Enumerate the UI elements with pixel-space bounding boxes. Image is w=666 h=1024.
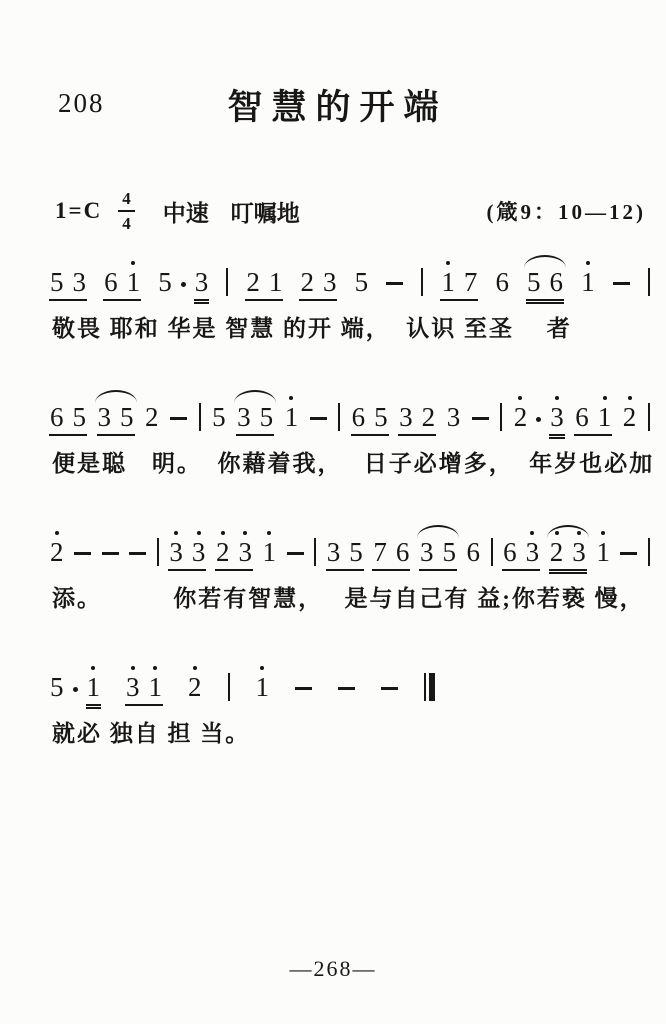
note: 3 — [73, 269, 87, 296]
final-barline-thin — [424, 673, 426, 701]
note-group: 21 — [246, 269, 282, 296]
note: 2 — [623, 404, 637, 431]
note: 6 — [352, 404, 366, 431]
slurred-note-group: 35 — [237, 404, 273, 431]
lyric-line: 就必 独自 担 当。 — [52, 715, 650, 748]
barline — [226, 268, 228, 296]
note-group: 1 — [596, 539, 610, 566]
note-group: 17 — [441, 269, 477, 296]
duration-dash — [295, 687, 312, 690]
duration-dash — [613, 282, 630, 285]
note: 5 — [355, 269, 369, 296]
note: 1 — [269, 269, 283, 296]
note: 3 — [447, 404, 461, 431]
lyric-line: 敬畏 耶和 华是 智慧 的开 端， 认识 至圣 者 — [52, 310, 650, 343]
music-line: 513121 — [50, 653, 650, 701]
note: 6 — [104, 269, 118, 296]
note: 3 — [98, 404, 112, 431]
note: 1 — [256, 674, 270, 701]
note: 5 — [260, 404, 274, 431]
note-group: 1 — [256, 674, 270, 701]
note-group: 65 — [50, 404, 86, 431]
note-group: 3 — [447, 404, 461, 431]
note: 3 — [195, 269, 209, 296]
time-signature: 4 4 — [118, 190, 135, 232]
hymn-sheet-page: 208 智慧的开端 1=C 4 4 中速 叮嘱地 (箴9：10—12) 5361… — [0, 0, 666, 1024]
note: 5 — [50, 269, 64, 296]
scripture-reference: (箴9：10—12) — [487, 196, 647, 226]
hymn-number: 208 — [58, 88, 105, 119]
notation-body: 53615321235176561敬畏 耶和 华是 智慧 的开 端， 认识 至圣… — [50, 248, 650, 788]
note: 3 — [237, 404, 251, 431]
note-group: 31 — [126, 674, 162, 701]
note-group: 63 — [503, 539, 539, 566]
note: 3 — [238, 539, 252, 566]
note: 5 — [442, 539, 456, 566]
note-group: 2 — [145, 404, 159, 431]
page-number-footer: —268— — [0, 956, 666, 982]
note: 1 — [87, 674, 101, 701]
note-group: 65 — [352, 404, 388, 431]
duration-dash — [74, 552, 91, 555]
note: 5 — [120, 404, 134, 431]
time-signature-numerator: 4 — [118, 190, 135, 212]
note-group: 2 — [50, 539, 64, 566]
note: 2 — [216, 539, 230, 566]
note: 3 — [169, 539, 183, 566]
note: 3 — [420, 539, 434, 566]
note-group: 23 — [216, 539, 252, 566]
note: 6 — [575, 404, 589, 431]
note-group: 1 — [285, 404, 299, 431]
note-group: 53 — [158, 269, 208, 296]
note: 2 — [246, 269, 260, 296]
note: 5 — [212, 404, 226, 431]
duration-dash — [472, 417, 489, 420]
duration-dash — [620, 552, 637, 555]
duration-dash — [310, 417, 327, 420]
note: 2 — [422, 404, 436, 431]
note-group: 51 — [50, 674, 100, 701]
augmentation-dot — [536, 417, 541, 422]
note: 3 — [323, 269, 337, 296]
note-group: 35 — [327, 539, 363, 566]
note: 2 — [550, 539, 564, 566]
note-group: 6 — [467, 539, 481, 566]
music-line: 233231357635663231 — [50, 518, 650, 566]
barline — [228, 673, 230, 701]
note: 1 — [149, 674, 163, 701]
note: 3 — [192, 539, 206, 566]
barline — [338, 403, 340, 431]
barline — [500, 403, 502, 431]
note-group: 33 — [169, 539, 205, 566]
note: 5 — [73, 404, 87, 431]
note: 1 — [598, 404, 612, 431]
note-group: 1 — [581, 269, 595, 296]
barline — [421, 268, 423, 296]
note: 3 — [399, 404, 413, 431]
duration-dash — [287, 552, 304, 555]
note-group: 53 — [50, 269, 86, 296]
slurred-note-group: 56 — [527, 269, 563, 296]
note: 7 — [373, 539, 387, 566]
note: 5 — [527, 269, 541, 296]
note: 2 — [514, 404, 528, 431]
tempo-marking: 中速 — [163, 195, 209, 228]
note: 7 — [464, 269, 478, 296]
note: 2 — [145, 404, 159, 431]
note: 2 — [50, 539, 64, 566]
note: 3 — [572, 539, 586, 566]
duration-dash — [170, 417, 187, 420]
final-barline-thick — [429, 673, 435, 701]
note: 3 — [526, 539, 540, 566]
note: 2 — [188, 674, 202, 701]
note: 5 — [50, 674, 64, 701]
augmentation-dot — [181, 282, 186, 287]
note: 6 — [550, 269, 564, 296]
barline — [199, 403, 201, 431]
note: 1 — [263, 539, 277, 566]
duration-dash — [129, 552, 146, 555]
note-group: 32 — [399, 404, 435, 431]
note-group: 76 — [373, 539, 409, 566]
time-signature-denominator: 4 — [122, 212, 131, 232]
lyric-line: 便是聪 明。 你藉着我， 日子必增多， 年岁也必加 — [52, 445, 650, 478]
note-group: 61 — [575, 404, 611, 431]
duration-dash — [338, 687, 355, 690]
note-group: 61 — [104, 269, 140, 296]
note-group: 23 — [514, 404, 564, 431]
final-barline — [424, 673, 435, 701]
duration-dash — [386, 282, 403, 285]
key-signature: 1=C — [55, 198, 102, 224]
slurred-note-group: 35 — [98, 404, 134, 431]
note-group: 2 — [188, 674, 202, 701]
barline — [648, 268, 650, 296]
music-line: 6535253516532323612 — [50, 383, 650, 431]
augmentation-dot — [73, 687, 78, 692]
music-meta-row: 1=C 4 4 中速 叮嘱地 (箴9：10—12) — [55, 190, 646, 232]
note: 6 — [503, 539, 517, 566]
note-group: 2 — [623, 404, 637, 431]
note-group: 6 — [495, 269, 509, 296]
note: 5 — [158, 269, 172, 296]
note: 6 — [467, 539, 481, 566]
note-group: 23 — [300, 269, 336, 296]
note: 5 — [374, 404, 388, 431]
note: 3 — [550, 404, 564, 431]
duration-dash — [381, 687, 398, 690]
note: 6 — [495, 269, 509, 296]
note: 1 — [127, 269, 141, 296]
note: 1 — [441, 269, 455, 296]
note-group: 5 — [355, 269, 369, 296]
barline — [314, 538, 316, 566]
duration-dash — [102, 552, 119, 555]
note: 3 — [126, 674, 140, 701]
barline — [157, 538, 159, 566]
music-line: 53615321235176561 — [50, 248, 650, 296]
note: 3 — [327, 539, 341, 566]
note: 2 — [300, 269, 314, 296]
note: 6 — [396, 539, 410, 566]
note: 1 — [285, 404, 299, 431]
barline — [648, 403, 650, 431]
note-group: 5 — [212, 404, 226, 431]
expression-marking: 叮嘱地 — [231, 195, 300, 228]
barline — [491, 538, 493, 566]
note: 1 — [581, 269, 595, 296]
slurred-note-group: 35 — [420, 539, 456, 566]
barline — [648, 538, 650, 566]
slurred-note-group: 23 — [550, 539, 586, 566]
note-group: 1 — [263, 539, 277, 566]
page-header: 208 智慧的开端 — [0, 80, 666, 130]
note: 1 — [596, 539, 610, 566]
lyric-line: 添。 你若有智慧， 是与自己有 益;你若亵 慢， — [52, 580, 650, 613]
note: 6 — [50, 404, 64, 431]
note: 5 — [349, 539, 363, 566]
